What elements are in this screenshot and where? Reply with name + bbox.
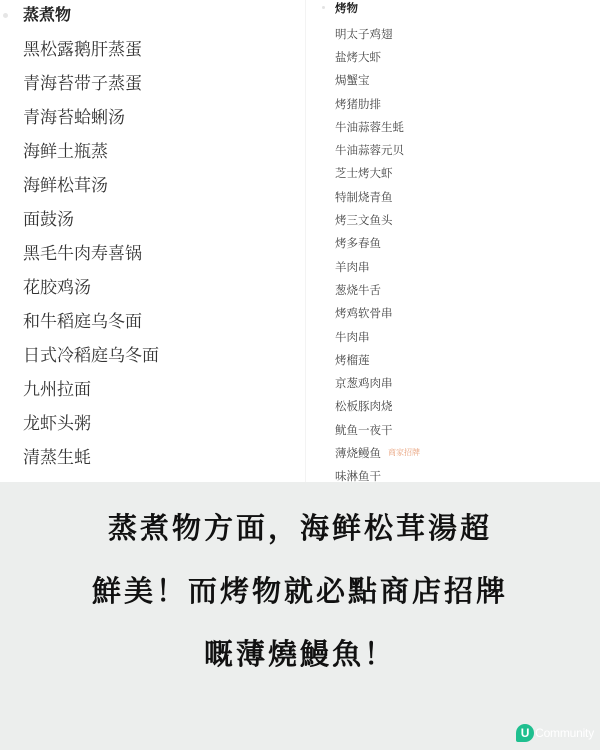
list-item: 薄烧鳗鱼商家招牌: [335, 441, 420, 464]
list-item: 烤猪肋排: [335, 92, 420, 115]
item-label: 牛肉串: [335, 329, 370, 345]
item-label: 羊肉串: [335, 259, 370, 275]
grilled-dishes-list: 明太子鸡翅 盐烤大虾 焗蟹宝 烤猪肋排 牛油蒜蓉生蚝 牛油蒜蓉元贝 芝士烤大虾 …: [335, 22, 420, 488]
signature-tag: 商家招牌: [388, 445, 420, 461]
list-item: 青海苔蛤蜊汤: [23, 106, 159, 140]
item-label: 芝士烤大虾: [335, 165, 393, 181]
steamed-dishes-column: 蒸煮物 黑松露鹅肝蒸蛋 青海苔带子蒸蛋 青海苔蛤蜊汤 海鲜土瓶蒸 海鲜松茸汤 面…: [0, 0, 306, 482]
list-item: 烤三文鱼头: [335, 208, 420, 231]
steamed-dishes-list: 黑松露鹅肝蒸蛋 青海苔带子蒸蛋 青海苔蛤蜊汤 海鲜土瓶蒸 海鲜松茸汤 面鼓汤 黑…: [23, 38, 159, 480]
caption-line-3: 嘅薄燒鰻魚！: [0, 634, 600, 674]
list-item: 焗蟹宝: [335, 69, 420, 92]
list-item: 羊肉串: [335, 255, 420, 278]
item-label: 烤鸡软骨串: [335, 305, 393, 321]
list-item: 鱿鱼一夜干: [335, 418, 420, 441]
item-label: 京葱鸡肉串: [335, 375, 393, 391]
list-item: 烤多春鱼: [335, 232, 420, 255]
list-item: 芝士烤大虾: [335, 162, 420, 185]
item-label: 牛油蒜蓉生蚝: [335, 119, 404, 135]
item-label: 烤三文鱼头: [335, 212, 393, 228]
list-item: 松板豚肉烧: [335, 395, 420, 418]
list-item: 明太子鸡翅: [335, 22, 420, 45]
section-title-steamed: 蒸煮物: [23, 3, 71, 27]
list-item: 清蒸生蚝: [23, 446, 159, 480]
caption-panel: 蒸煮物方面，海鲜松茸湯超 鮮美！而烤物就必點商店招牌 嘅薄燒鰻魚！ U Comm…: [0, 482, 600, 750]
item-label: 盐烤大虾: [335, 49, 381, 65]
item-label: 明太子鸡翅: [335, 26, 393, 42]
grilled-dishes-column: 烤物 明太子鸡翅 盐烤大虾 焗蟹宝 烤猪肋排 牛油蒜蓉生蚝 牛油蒜蓉元贝 芝士烤…: [306, 0, 600, 482]
item-label: 松板豚肉烧: [335, 398, 393, 414]
item-label: 薄烧鳗鱼: [335, 445, 381, 461]
list-item: 青海苔带子蒸蛋: [23, 72, 159, 106]
u-logo-icon: U: [516, 724, 534, 742]
menu-screenshot: 蒸煮物 黑松露鹅肝蒸蛋 青海苔带子蒸蛋 青海苔蛤蜊汤 海鲜土瓶蒸 海鲜松茸汤 面…: [0, 0, 600, 482]
list-item: 盐烤大虾: [335, 45, 420, 68]
list-item: 海鲜松茸汤: [23, 174, 159, 208]
list-item: 花胶鸡汤: [23, 276, 159, 310]
item-label: 鱿鱼一夜干: [335, 422, 393, 438]
logo-text: Community: [535, 726, 594, 740]
list-item: 京葱鸡肉串: [335, 371, 420, 394]
item-label: 葱烧牛舌: [335, 282, 381, 298]
list-item: 烤榴莲: [335, 348, 420, 371]
list-item: 面鼓汤: [23, 208, 159, 242]
item-label: 烤多春鱼: [335, 235, 381, 251]
list-item: 和牛稻庭乌冬面: [23, 310, 159, 344]
item-label: 烤榴莲: [335, 352, 370, 368]
section-title-grilled: 烤物: [335, 0, 358, 16]
item-label: 烤猪肋排: [335, 96, 381, 112]
caption-line-2: 鮮美！而烤物就必點商店招牌: [0, 571, 600, 611]
bullet-dot-icon: [322, 6, 325, 9]
list-item: 黑松露鹅肝蒸蛋: [23, 38, 159, 72]
list-item: 海鲜土瓶蒸: [23, 140, 159, 174]
list-item: 黑毛牛肉寿喜锅: [23, 242, 159, 276]
list-item: 牛肉串: [335, 325, 420, 348]
caption-line-1: 蒸煮物方面，海鲜松茸湯超: [0, 508, 600, 548]
item-label: 特制烧青鱼: [335, 189, 393, 205]
list-item: 葱烧牛舌: [335, 278, 420, 301]
list-item: 烤鸡软骨串: [335, 302, 420, 325]
item-label: 牛油蒜蓉元贝: [335, 142, 404, 158]
list-item: 龙虾头粥: [23, 412, 159, 446]
list-item: 牛油蒜蓉生蚝: [335, 115, 420, 138]
ucommunity-logo: U Community: [516, 724, 594, 742]
list-item: 九州拉面: [23, 378, 159, 412]
list-item: 日式冷稻庭乌冬面: [23, 344, 159, 378]
bullet-dot-icon: [3, 13, 8, 18]
list-item: 特制烧青鱼: [335, 185, 420, 208]
item-label: 焗蟹宝: [335, 72, 370, 88]
list-item: 牛油蒜蓉元贝: [335, 138, 420, 161]
